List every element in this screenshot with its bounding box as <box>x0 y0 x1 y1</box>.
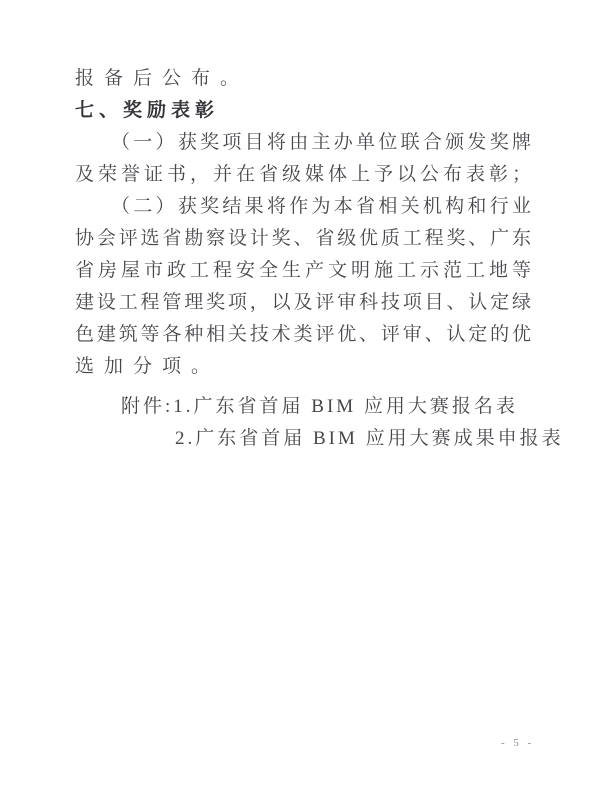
paragraph-line: 色建筑等各种相关技术类评优、评审、认定的优 <box>75 319 531 351</box>
paragraph-line: 选加分项。 <box>75 351 531 383</box>
paragraph-line: （二）获奖结果将作为本省相关机构和行业 <box>75 191 531 223</box>
page-number: - 5 - <box>501 736 534 750</box>
paragraph-line: 及荣誉证书，并在省级媒体上予以公布表彰； <box>75 159 531 191</box>
paragraph-line: 协会评选省勘察设计奖、省级优质工程奖、广东 <box>75 223 531 255</box>
document-page: 报备后公布。 七、奖励表彰 （一）获奖项目将由主办单位联合颁发奖牌 及荣誉证书，… <box>0 0 603 802</box>
section-heading: 七、奖励表彰 <box>75 95 531 127</box>
paragraph-line: 报备后公布。 <box>75 63 531 95</box>
attachment-item-2: 2.广东省首届 BIM 应用大赛成果申报表 <box>175 423 564 455</box>
paragraph-line: （一）获奖项目将由主办单位联合颁发奖牌 <box>75 127 531 159</box>
paragraph-line: 省房屋市政工程安全生产文明施工示范工地等 <box>75 255 531 287</box>
attachment-list: 附件:1.广东省首届 BIM 应用大赛报名表 2.广东省首届 BIM 应用大赛成… <box>121 391 564 455</box>
document-body: 报备后公布。 七、奖励表彰 （一）获奖项目将由主办单位联合颁发奖牌 及荣誉证书，… <box>75 63 531 383</box>
paragraph-line: 建设工程管理奖项，以及评审科技项目、认定绿 <box>75 287 531 319</box>
attachment-item-1: 附件:1.广东省首届 BIM 应用大赛报名表 <box>121 391 564 423</box>
